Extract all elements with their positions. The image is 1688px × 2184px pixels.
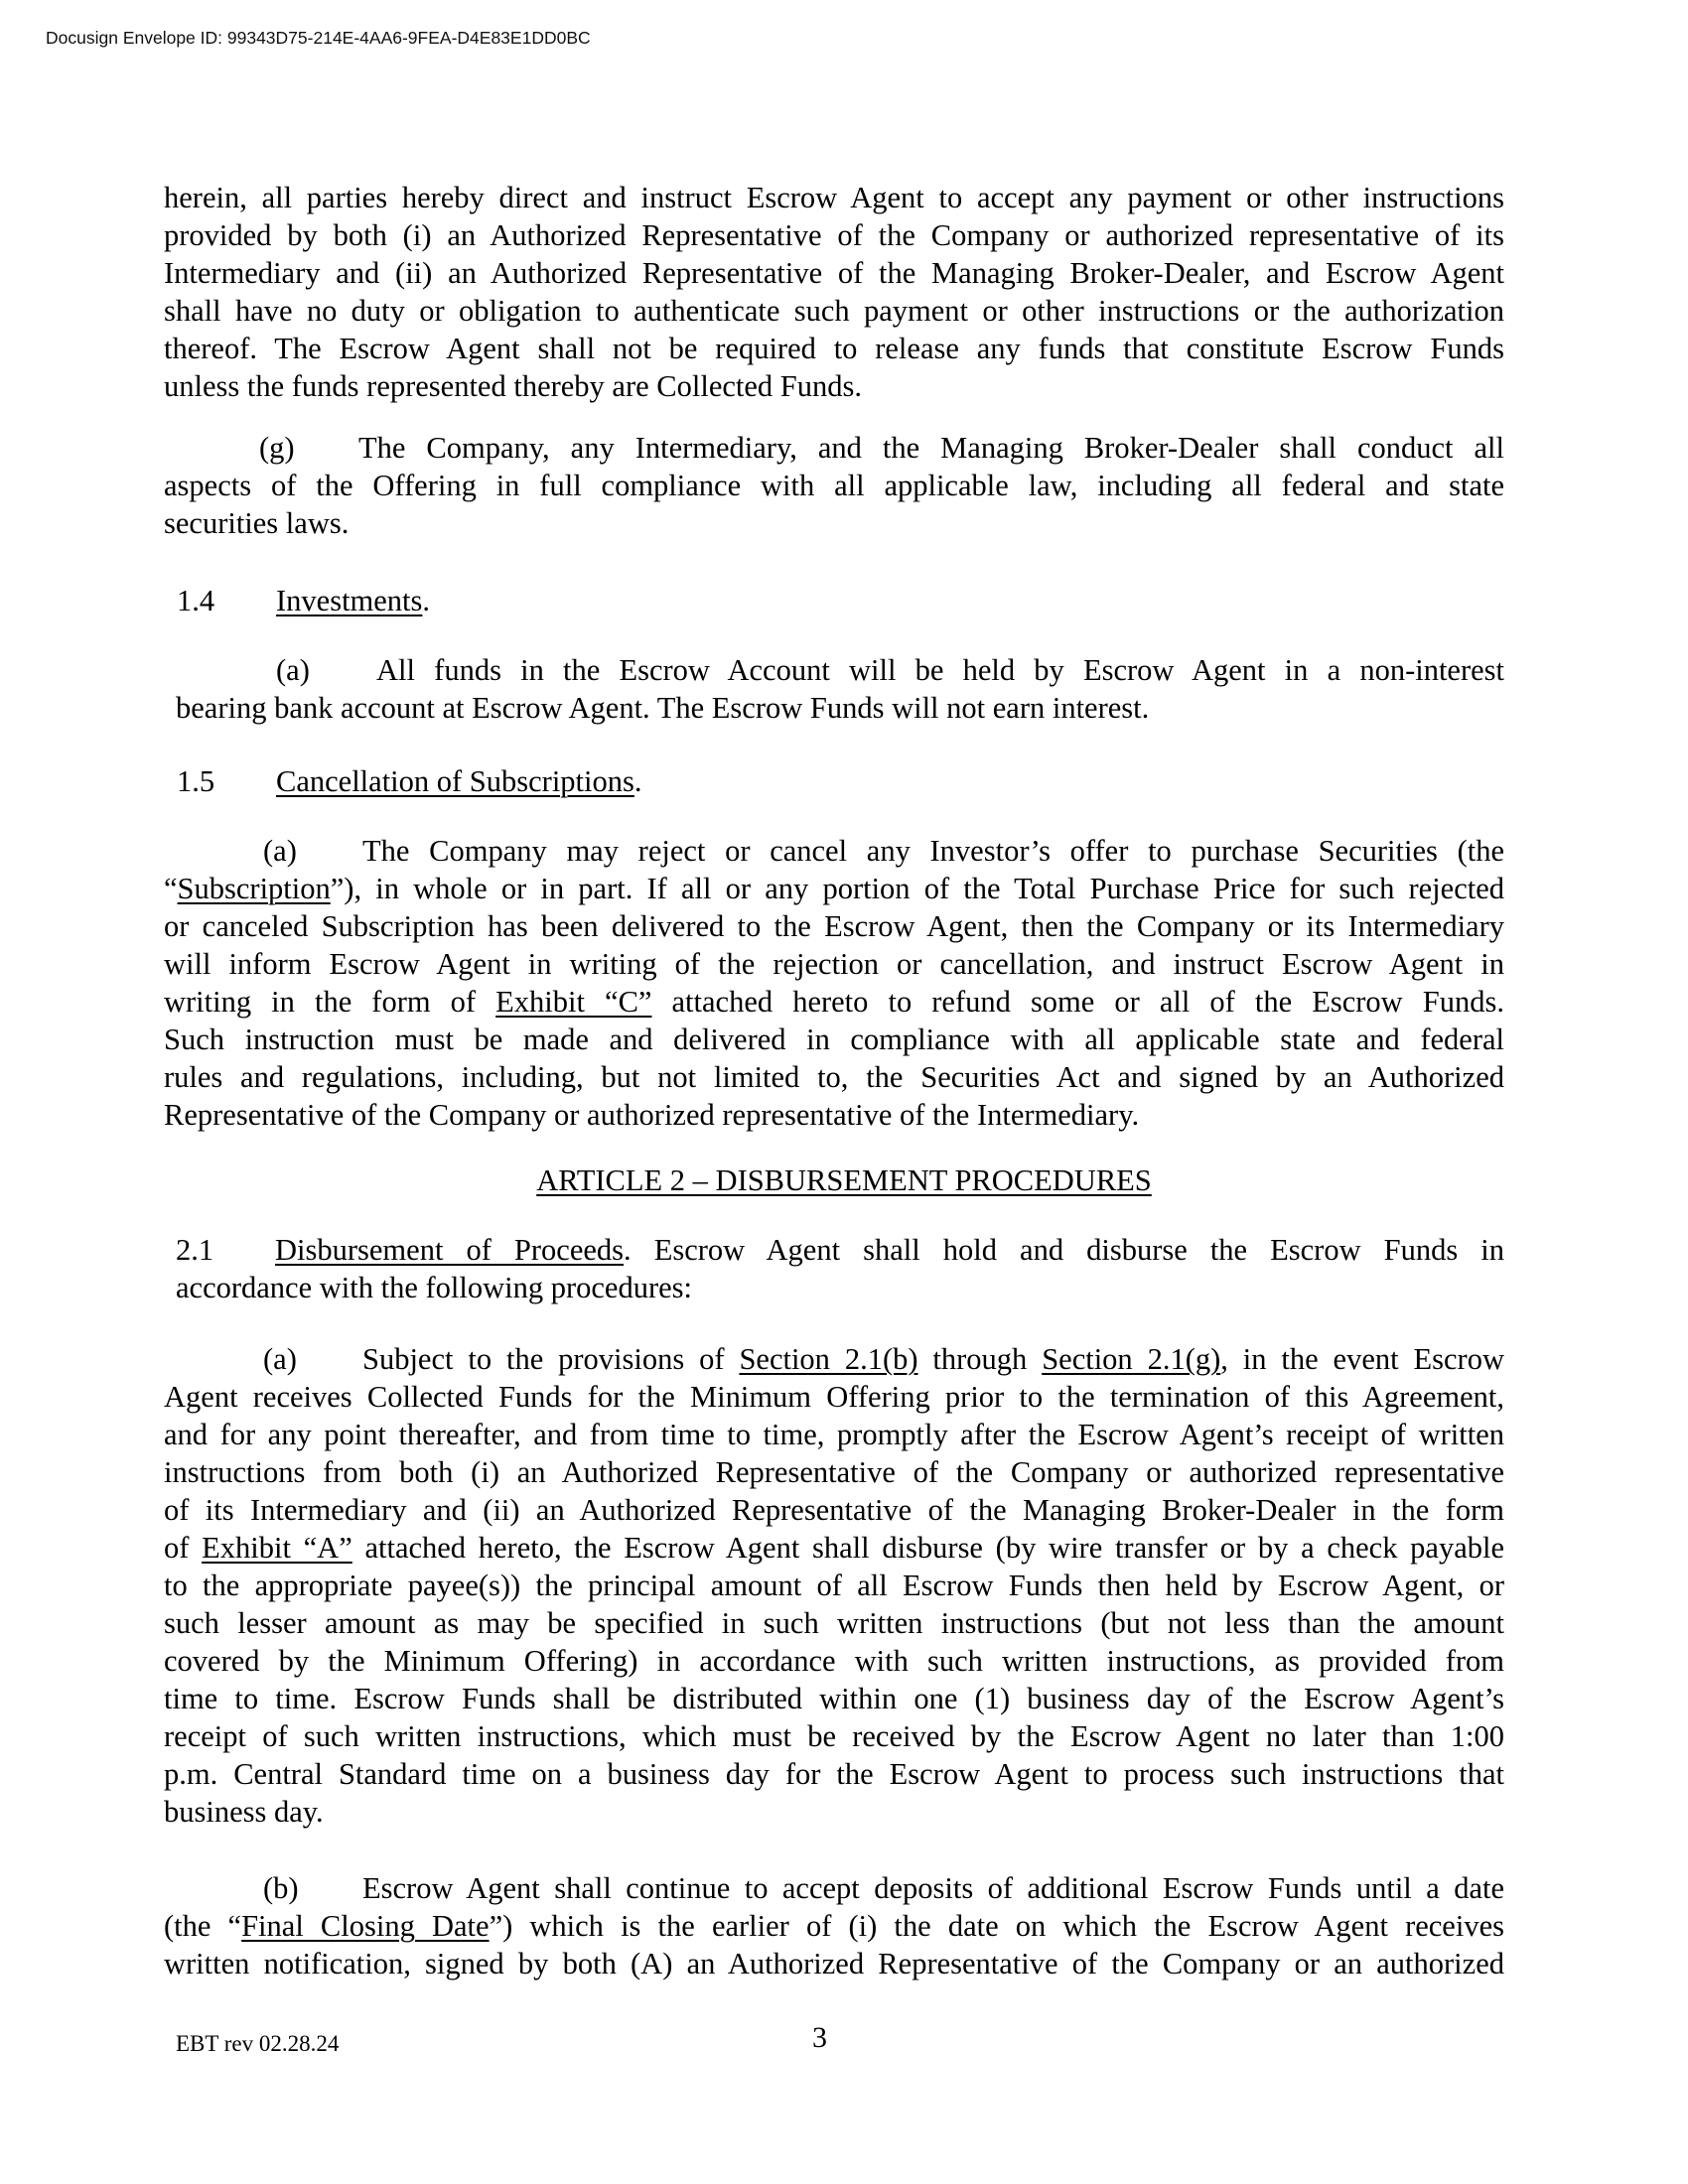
paragraph-text: Escrow Agent shall continue to accept de… <box>362 1871 1504 1905</box>
paragraph-line: herein, all parties hereby direct and in… <box>164 179 1504 216</box>
article-2-heading-row: ARTICLE 2 – DISBURSEMENT PROCEDURES <box>0 1161 1688 1199</box>
section-1-4-heading: 1.4Investments. <box>177 582 430 619</box>
exhibit-c-link: Exhibit “C” <box>495 985 651 1019</box>
paragraph-line: of Exhibit “A” attached hereto, the Escr… <box>164 1529 1504 1567</box>
paragraph-text: ”), in whole or in part. If all or any p… <box>331 872 1504 905</box>
paragraph-line: writing in the form of Exhibit “C” attac… <box>164 983 1504 1021</box>
paragraph-b-line1: (b)Escrow Agent shall continue to accept… <box>164 1869 1504 1907</box>
paragraph-text: through <box>918 1342 1043 1376</box>
section-title-suffix: . <box>422 584 430 617</box>
paragraph-text: The Company may reject or cancel any Inv… <box>362 834 1504 868</box>
section-title-suffix: . <box>634 764 642 798</box>
section-title: Cancellation of Subscriptions <box>276 764 634 798</box>
document-page: herein, all parties hereby direct and in… <box>0 0 1688 2184</box>
section-number: 1.4 <box>177 582 276 619</box>
section-2-1-line1: 2.1Disbursement of Proceeds. Escrow Agen… <box>176 1231 1504 1269</box>
paragraph-line: such lesser amount as may be specified i… <box>164 1604 1504 1642</box>
section-1-5-paragraph-a: (a)The Company may reject or cancel any … <box>164 832 1504 1134</box>
section-2-1: 2.1Disbursement of Proceeds. Escrow Agen… <box>176 1231 1504 1306</box>
section-2-1-paragraph-b: (b)Escrow Agent shall continue to accept… <box>164 1869 1504 1982</box>
section-number: 2.1 <box>176 1231 275 1269</box>
defined-term-final-closing-date: Final Closing Date <box>241 1909 489 1943</box>
paragraph-g-line1: (g)The Company, any Intermediary, and th… <box>164 429 1504 467</box>
paragraph-line: securities laws. <box>164 504 1504 542</box>
section-2-1-paragraph-a: (a)Subject to the provisions of Section … <box>164 1340 1504 1831</box>
paragraph-text: ”) which is the earlier of (i) the date … <box>490 1909 1504 1943</box>
quote-mark: “ <box>164 872 178 905</box>
paragraph-text: Escrow Agent shall hold and disburse the… <box>632 1233 1504 1267</box>
section-title: Disbursement of Proceeds <box>275 1233 624 1267</box>
continuation-paragraph: herein, all parties hereby direct and in… <box>164 179 1504 405</box>
paragraph-label: (a) <box>263 1340 362 1378</box>
paragraph-a-line1: (a)The Company may reject or cancel any … <box>164 832 1504 870</box>
paragraph-line: Intermediary and (ii) an Authorized Repr… <box>164 254 1504 292</box>
paragraph-line: and for any point thereafter, and from t… <box>164 1416 1504 1453</box>
paragraph-line: to the appropriate payee(s)) the princip… <box>164 1567 1504 1604</box>
paragraph-line: receipt of such written instructions, wh… <box>164 1717 1504 1755</box>
paragraph-text: All funds in the Escrow Account will be … <box>376 653 1504 687</box>
footer-revision: EBT rev 02.28.24 <box>176 2025 339 2063</box>
paragraph-text: Subject to the provisions of <box>362 1342 739 1376</box>
paragraph-label: (a) <box>263 832 362 870</box>
paragraph-text: , in the event Escrow <box>1220 1342 1504 1376</box>
paragraph-line: “Subscription”), in whole or in part. If… <box>164 870 1504 907</box>
paragraph-g: (g)The Company, any Intermediary, and th… <box>164 429 1504 542</box>
section-2-1-g-reference: Section 2.1(g) <box>1042 1342 1220 1376</box>
paragraph-line: aspects of the Offering in full complian… <box>164 467 1504 504</box>
defined-term-subscription: Subscription <box>178 872 331 905</box>
paragraph-text: attached hereto to refund some or all of… <box>651 985 1504 1019</box>
paragraph-text: (the “ <box>164 1909 241 1943</box>
paragraph-line: or canceled Subscription has been delive… <box>164 907 1504 945</box>
paragraph-text: writing in the form of <box>164 985 495 1019</box>
paragraph-line: Representative of the Company or authori… <box>164 1096 1504 1134</box>
paragraph-line: p.m. Central Standard time on a business… <box>164 1755 1504 1793</box>
paragraph-text: of <box>164 1531 202 1565</box>
paragraph-line: (the “Final Closing Date”) which is the … <box>164 1907 1504 1945</box>
paragraph-a-line1: (a)Subject to the provisions of Section … <box>164 1340 1504 1378</box>
paragraph-line: provided by both (i) an Authorized Repre… <box>164 216 1504 254</box>
paragraph-line: covered by the Minimum Offering) in acco… <box>164 1642 1504 1680</box>
article-heading: ARTICLE 2 – DISBURSEMENT PROCEDURES <box>536 1163 1152 1197</box>
paragraph-a-line1: (a)All funds in the Escrow Account will … <box>176 651 1504 689</box>
paragraph-label: (a) <box>276 651 376 689</box>
paragraph-line: thereof. The Escrow Agent shall not be r… <box>164 330 1504 367</box>
section-1-5-heading: 1.5Cancellation of Subscriptions. <box>177 762 642 800</box>
paragraph-line: Such instruction must be made and delive… <box>164 1021 1504 1058</box>
paragraph-label: (b) <box>263 1869 362 1907</box>
paragraph-line: shall have no duty or obligation to auth… <box>164 292 1504 330</box>
paragraph-line: will inform Escrow Agent in writing of t… <box>164 945 1504 983</box>
section-number: 1.5 <box>177 762 276 800</box>
paragraph-line: written notification, signed by both (A)… <box>164 1945 1504 1982</box>
paragraph-line: Agent receives Collected Funds for the M… <box>164 1378 1504 1416</box>
section-2-1-b-reference: Section 2.1(b) <box>739 1342 917 1376</box>
paragraph-label: (g) <box>259 429 358 467</box>
section-1-4-paragraph-a: (a)All funds in the Escrow Account will … <box>176 651 1504 727</box>
paragraph-text: attached hereto, the Escrow Agent shall … <box>352 1531 1504 1565</box>
paragraph-line: accordance with the following procedures… <box>176 1269 1504 1306</box>
paragraph-line: of its Intermediary and (ii) an Authoriz… <box>164 1491 1504 1529</box>
paragraph-line: rules and regulations, including, but no… <box>164 1058 1504 1096</box>
paragraph-line: unless the funds represented thereby are… <box>164 367 1504 405</box>
paragraph-line: bearing bank account at Escrow Agent. Th… <box>176 689 1504 727</box>
paragraph-text: The Company, any Intermediary, and the M… <box>358 431 1504 465</box>
paragraph-line: instructions from both (i) an Authorized… <box>164 1453 1504 1491</box>
page-number: 3 <box>812 2019 827 2057</box>
paragraph-line: business day. <box>164 1793 1504 1831</box>
exhibit-a-link: Exhibit “A” <box>202 1531 352 1565</box>
section-title: Investments <box>276 584 422 617</box>
section-title-suffix: . <box>624 1233 632 1267</box>
paragraph-line: time to time. Escrow Funds shall be dist… <box>164 1680 1504 1717</box>
